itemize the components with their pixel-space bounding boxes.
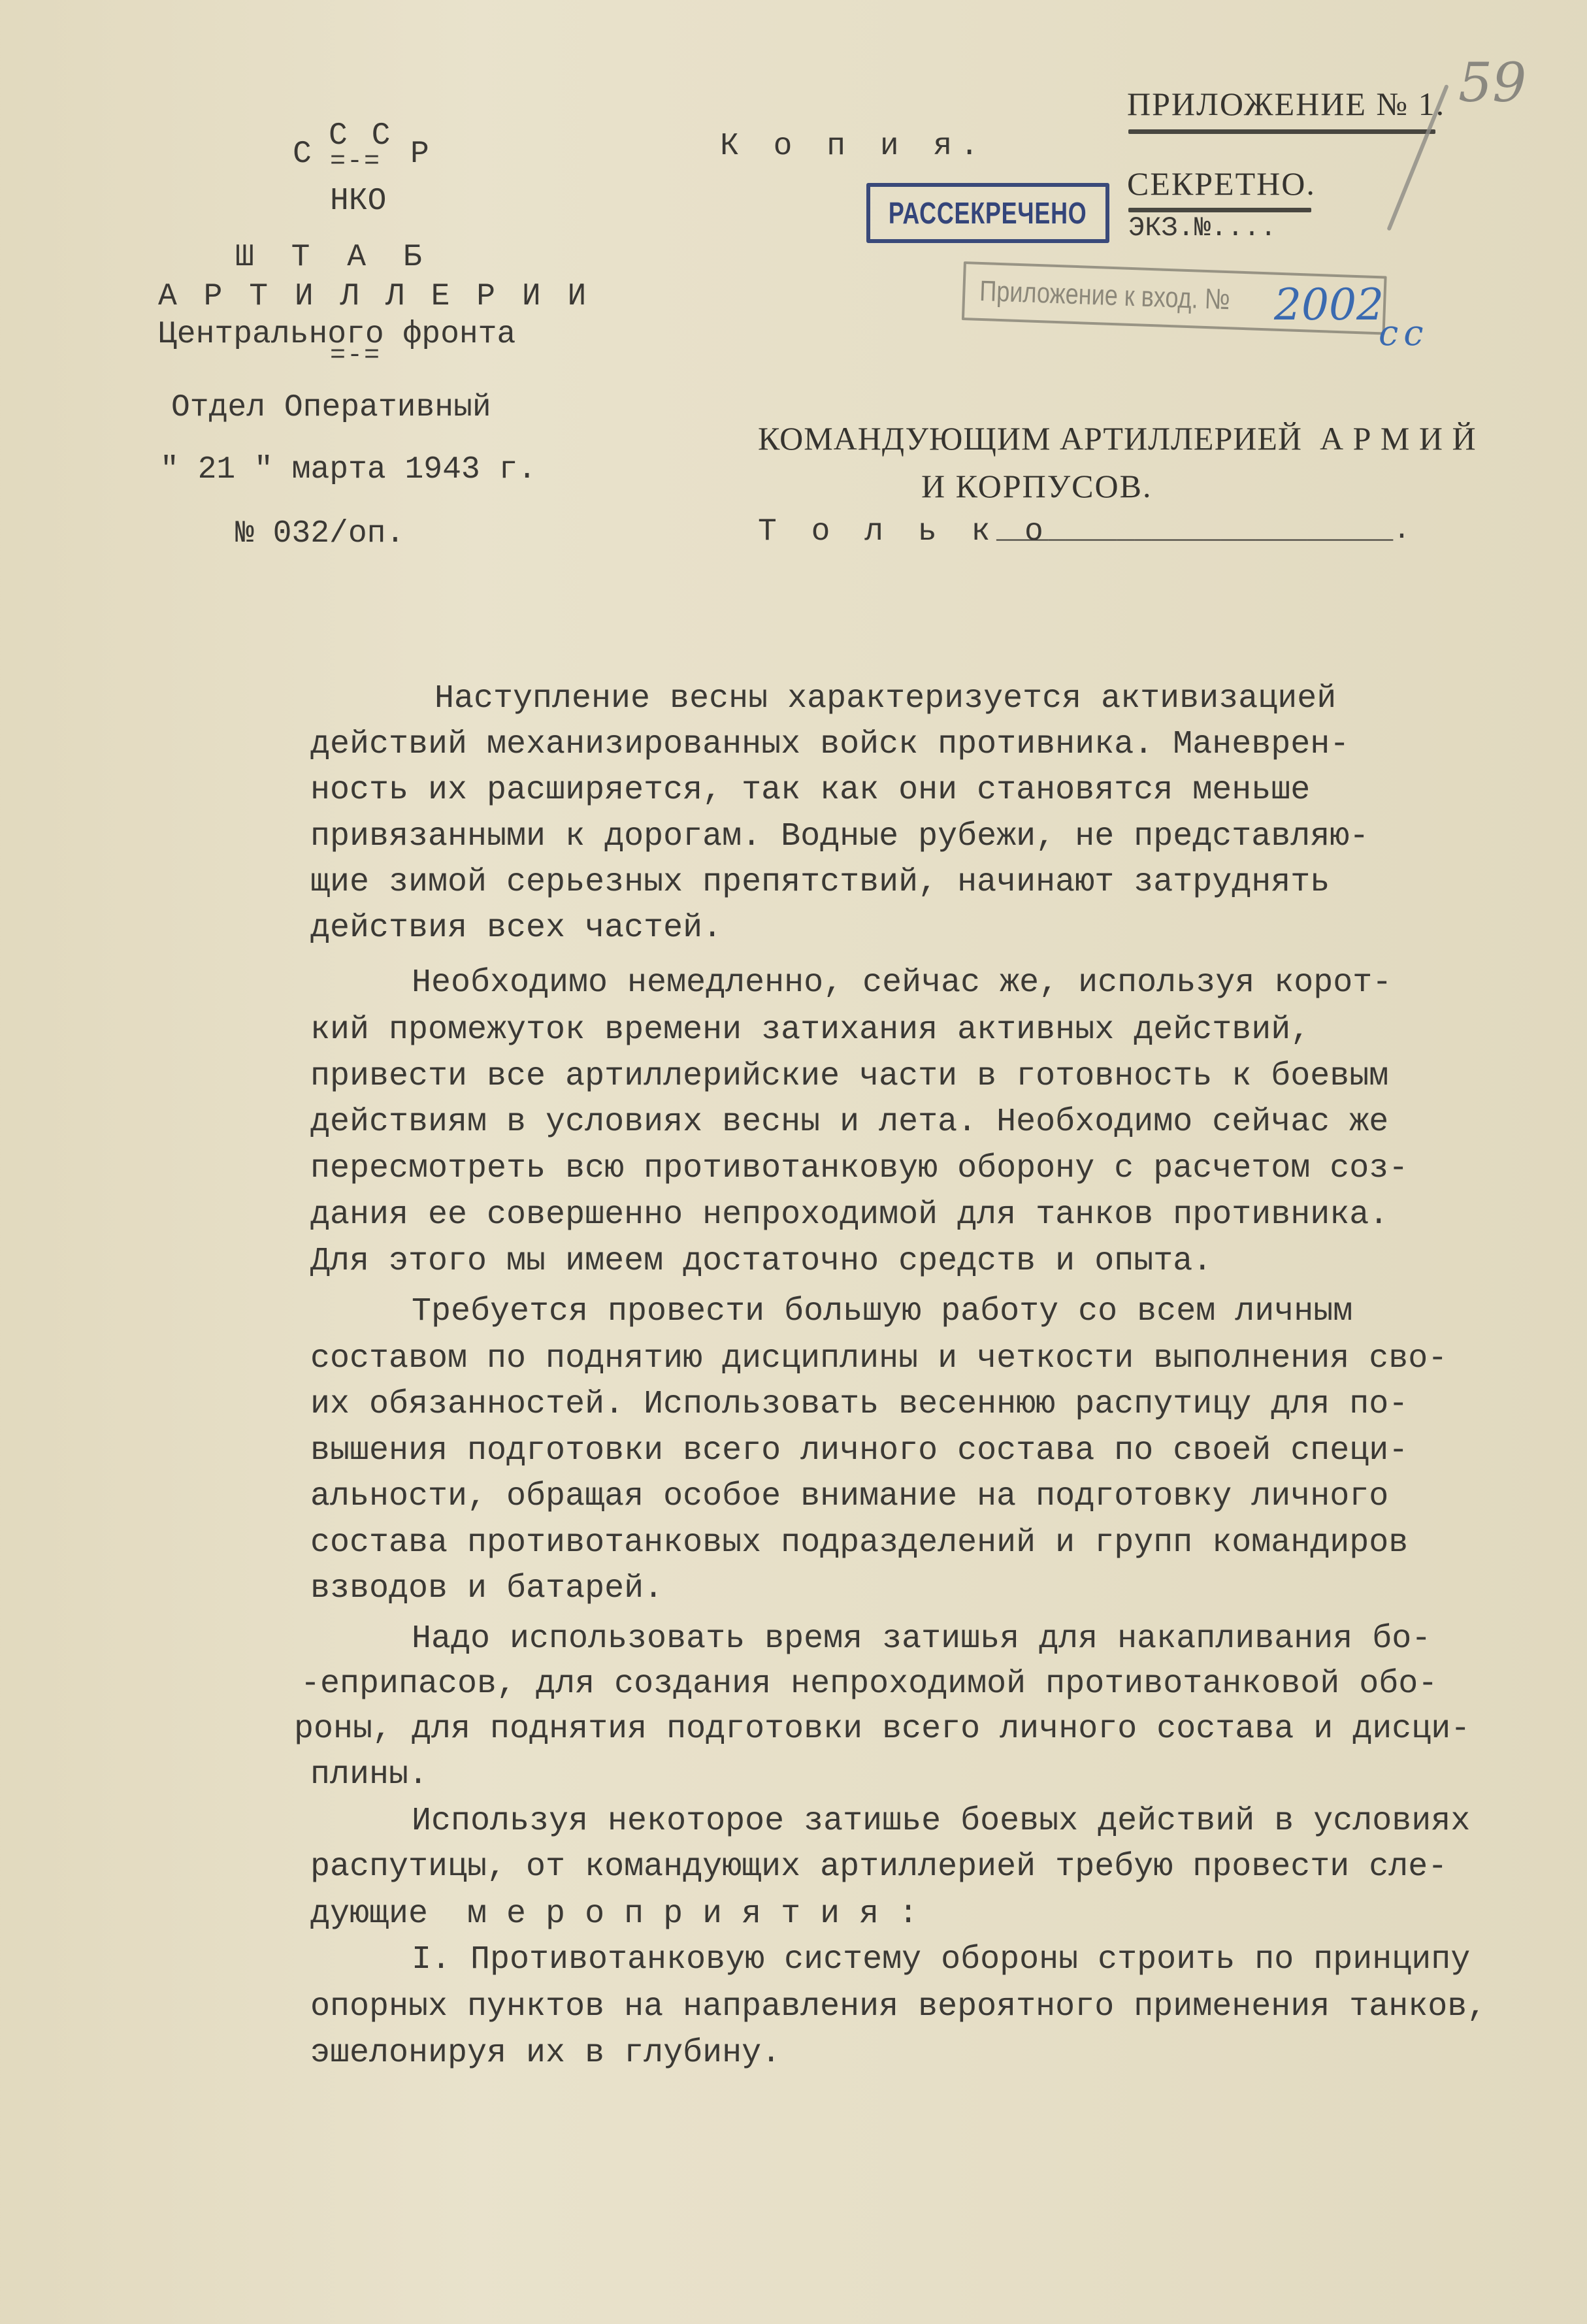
letterhead-divider-1: =-=: [330, 149, 381, 175]
appendix-label: ПРИЛОЖЕНИЕ № 1.: [1127, 85, 1445, 123]
body-line: составом по поднятию дисциплины и четкос…: [310, 1343, 1447, 1375]
addressee-line-2: И КОРПУСОВ.: [921, 467, 1152, 505]
document-date: " 21 " марта 1943 г.: [160, 454, 536, 485]
body-line: распутицы, от командующих артиллерией тр…: [310, 1851, 1447, 1884]
body-line: плины.: [310, 1759, 428, 1792]
body-line: эшелонируя их в глубину.: [310, 2037, 781, 2070]
body-line: ность их расширяется, так как они станов…: [310, 774, 1310, 807]
classification-underline: [1128, 208, 1311, 212]
document-number: № 032/оп.: [235, 518, 404, 549]
body-line: взводов и батарей.: [310, 1573, 663, 1605]
body-line: роны, для поднятия подготовки всего личн…: [294, 1713, 1470, 1746]
letterhead-divider-2: =-=: [330, 343, 381, 369]
body-line: Необходимо немедленно, сейчас же, исполь…: [412, 967, 1392, 1000]
addressee-line-1: КОМАНДУЮЩИМ АРТИЛЛЕРИЕЙ А Р М И Й: [758, 419, 1477, 457]
body-line: привязанными к дорогам. Водные рубежи, н…: [310, 821, 1369, 853]
incoming-suffix-handwritten: сс: [1379, 312, 1429, 353]
body-line: дующие м е р о п р и я т и я :: [310, 1898, 918, 1931]
body-line: их обязанностей. Использовать весеннюю р…: [310, 1388, 1408, 1421]
letterhead-ministry: НКО: [330, 186, 386, 217]
classification-label: СЕКРЕТНО.: [1127, 165, 1316, 203]
incoming-number-handwritten: 2002: [1274, 280, 1384, 330]
body-line: I. Противотанковую систему обороны строи…: [412, 1944, 1470, 1976]
declassified-stamp: РАССЕКРЕЧЕНО: [866, 183, 1109, 243]
body-line: Наступление весны характеризуется активи…: [434, 683, 1336, 715]
body-line: опорных пунктов на направления вероятног…: [310, 1991, 1486, 2023]
body-line: действия всех частей.: [310, 912, 722, 945]
body-line: Для этого мы имеем достаточно средств и …: [310, 1245, 1212, 1278]
declassified-stamp-text: РАССЕКРЕЧЕНО: [889, 195, 1087, 231]
body-line: кий промежуток времени затихания активны…: [310, 1014, 1310, 1047]
body-line: привести все артиллерийские части в гото…: [310, 1060, 1388, 1093]
body-line: Требуется провести большую работу со все…: [412, 1296, 1352, 1328]
copy-label: К о п и я.: [720, 131, 987, 162]
copy-number: ЭКЗ.№....: [1128, 214, 1277, 242]
body-line: действий механизированных войск противни…: [310, 728, 1349, 761]
letterhead-country-right: Р: [410, 139, 429, 170]
body-line: -еприпасов, для создания непроходимой пр…: [301, 1668, 1437, 1701]
body-line: пересмотреть всю противотанковую оборону…: [310, 1153, 1408, 1185]
body-line: альности, обращая особое внимание на под…: [310, 1481, 1388, 1513]
letterhead-branch: А Р Т И Л Л Е Р И И: [158, 281, 590, 312]
page-number-handwritten: 59: [1458, 52, 1526, 114]
letterhead-department: Отдел Оперативный: [171, 392, 491, 423]
body-line: действиям в условиях весны и лета. Необх…: [310, 1106, 1388, 1139]
body-line: Надо использовать время затишья для нака…: [412, 1623, 1431, 1656]
body-line: щие зимой серьезных препятствий, начинаю…: [310, 866, 1330, 899]
body-line: состава противотанковых подразделений и …: [310, 1527, 1408, 1560]
body-line: Используя некоторое затишье боевых дейст…: [412, 1805, 1470, 1838]
letterhead-hq-title: Ш Т А Б: [235, 242, 431, 273]
incoming-stamp-label: Приложение к вход. №: [979, 275, 1231, 316]
letterhead-country-left: С: [293, 139, 312, 170]
body-line: вышения подготовки всего личного состава…: [310, 1435, 1408, 1467]
body-line: дания ее совершенно непроходимой для тан…: [310, 1199, 1388, 1232]
appendix-underline: [1128, 129, 1435, 134]
only-blank-line: _______________________.: [996, 516, 1411, 545]
